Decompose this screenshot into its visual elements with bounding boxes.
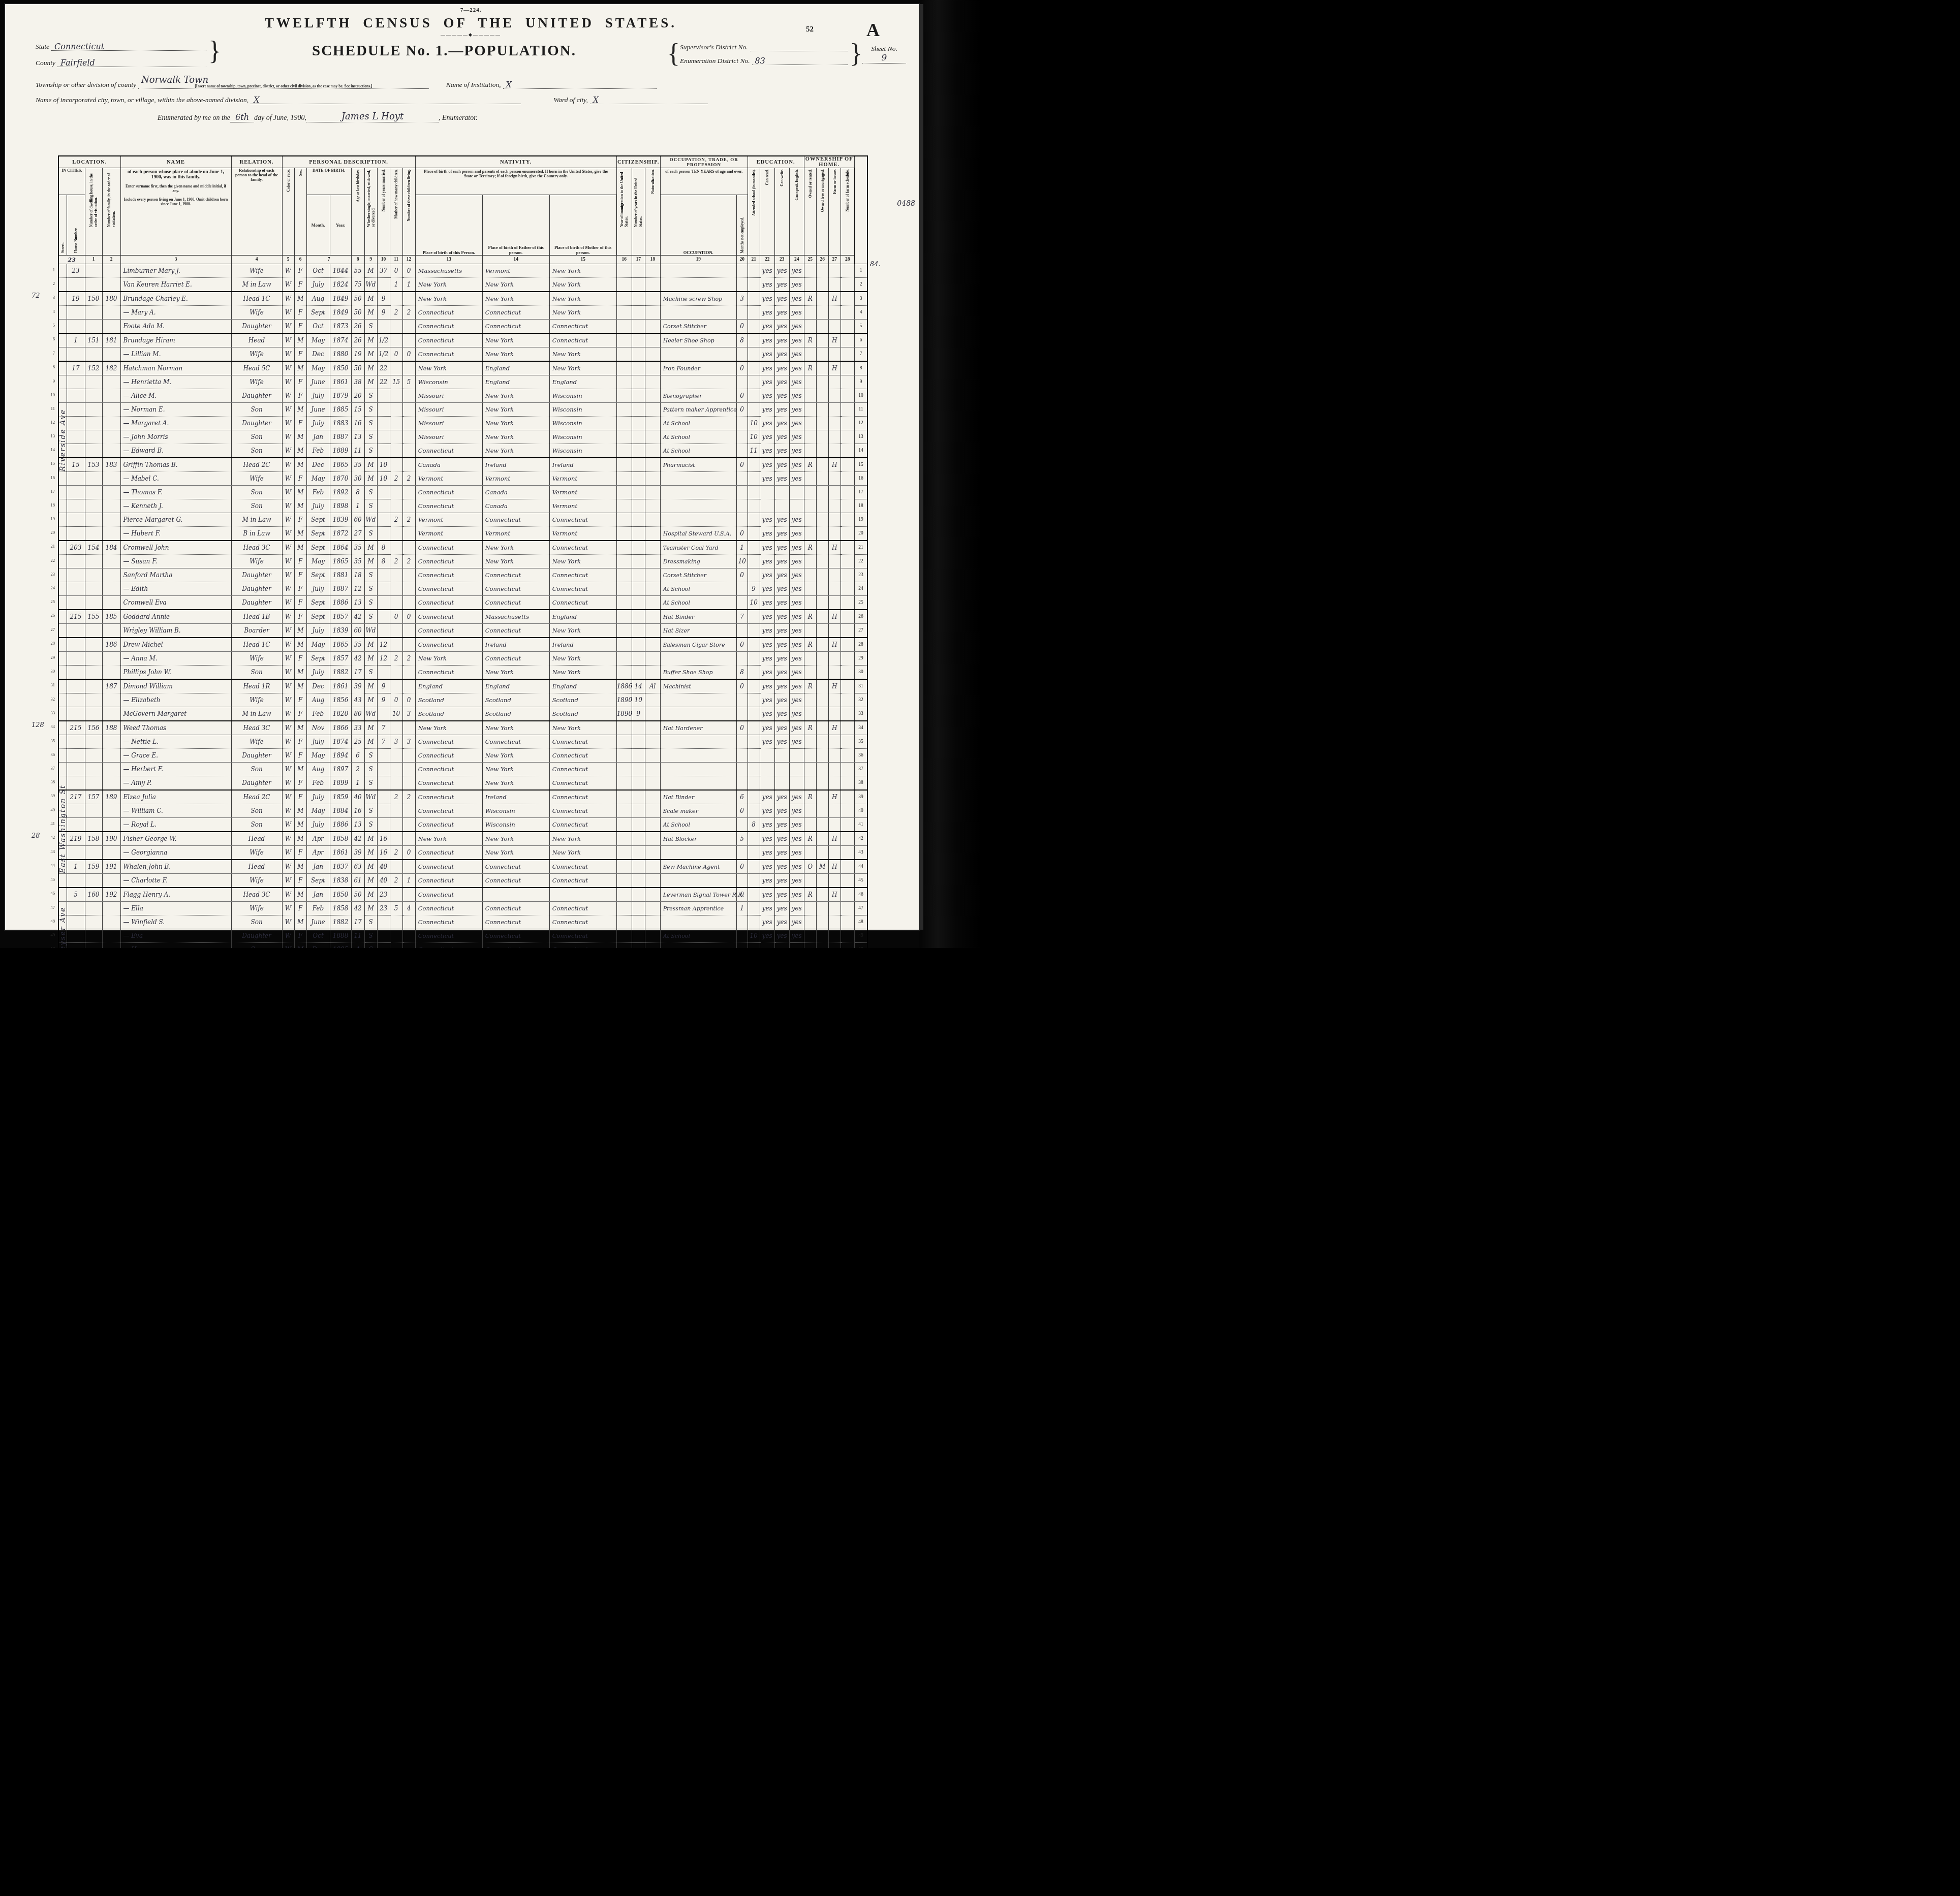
years-married: 9 bbox=[377, 679, 390, 693]
years-in-us bbox=[632, 735, 645, 749]
can-write: yes bbox=[774, 929, 789, 943]
farm-schedule bbox=[841, 832, 854, 846]
col-can-write: Can write. bbox=[774, 168, 789, 256]
left-margin-row-number: 9 bbox=[46, 378, 55, 384]
years-in-us bbox=[632, 458, 645, 472]
can-read: yes bbox=[760, 541, 774, 555]
row-number: 6 bbox=[854, 333, 867, 347]
birth-year: 1882 bbox=[330, 666, 351, 680]
owned-free-mortgaged bbox=[816, 541, 828, 555]
months-not-employed: 0 bbox=[736, 568, 748, 582]
occupation: Stenographer bbox=[660, 389, 736, 403]
family-number: 190 bbox=[102, 832, 120, 846]
row-number: 19 bbox=[854, 513, 867, 527]
months-not-employed bbox=[736, 417, 748, 430]
col-birthplace-father: Place of birth of Father of this person. bbox=[482, 195, 549, 256]
can-speak-english: yes bbox=[789, 832, 804, 846]
birth-month: July bbox=[306, 417, 330, 430]
mother-of-children bbox=[390, 527, 402, 541]
birthplace-person: Scotland bbox=[415, 693, 482, 707]
farm-schedule bbox=[841, 347, 854, 362]
years-married bbox=[377, 915, 390, 929]
left-margin-row-number: 37 bbox=[46, 766, 55, 771]
immigration-year bbox=[616, 763, 632, 776]
sex: F bbox=[294, 749, 306, 763]
birth-year: 1839 bbox=[330, 624, 351, 638]
house-number: 23 bbox=[67, 264, 85, 278]
left-margin-row-number: 45 bbox=[46, 877, 55, 882]
birth-year: 1899 bbox=[330, 776, 351, 791]
naturalization bbox=[645, 444, 660, 458]
street-cell bbox=[58, 568, 67, 582]
mother-of-children: 0 bbox=[390, 610, 402, 624]
years-in-us bbox=[632, 818, 645, 832]
birthplace-person: Connecticut bbox=[415, 347, 482, 362]
attended-school bbox=[748, 776, 760, 791]
years-in-us bbox=[632, 666, 645, 680]
column-number-22: 22 bbox=[760, 256, 774, 264]
sex: M bbox=[294, 624, 306, 638]
person-name: — Grace E. bbox=[120, 749, 231, 763]
row-number: 22 bbox=[854, 555, 867, 568]
farm-or-house bbox=[828, 375, 841, 389]
years-in-us: 14 bbox=[632, 679, 645, 693]
birthplace-mother: Connecticut bbox=[549, 804, 616, 818]
row-number: 29 bbox=[854, 652, 867, 666]
attended-school bbox=[748, 902, 760, 915]
column-number-13: 13 bbox=[415, 256, 482, 264]
can-speak-english: yes bbox=[789, 513, 804, 527]
years-in-us bbox=[632, 541, 645, 555]
farm-schedule bbox=[841, 735, 854, 749]
family-number bbox=[102, 389, 120, 403]
dwelling-number bbox=[85, 943, 102, 949]
birthplace-mother: England bbox=[549, 375, 616, 389]
relation: Daughter bbox=[231, 568, 282, 582]
family-number: 180 bbox=[102, 292, 120, 306]
farm-schedule bbox=[841, 417, 854, 430]
owned-rented bbox=[804, 915, 816, 929]
birth-year: 1864 bbox=[330, 541, 351, 555]
mother-of-children: 2 bbox=[390, 790, 402, 804]
mother-of-children bbox=[390, 361, 402, 375]
census-row: — Mabel C.WifeWFMay187030M1022VermontVer… bbox=[58, 472, 867, 486]
sex: M bbox=[294, 541, 306, 555]
census-table: LOCATION. NAME RELATION. PERSONAL DESCRI… bbox=[58, 155, 868, 948]
sex: F bbox=[294, 735, 306, 749]
census-row: 1151181Brundage HiramHeadWMMay187426M1/2… bbox=[58, 333, 867, 347]
years-in-us bbox=[632, 902, 645, 915]
children-living bbox=[402, 582, 415, 596]
mother-of-children bbox=[390, 541, 402, 555]
left-margin-row-number: 23 bbox=[46, 572, 55, 577]
city-line: Name of incorporated city, town, or vill… bbox=[36, 94, 906, 104]
census-row: — Lillian M.WifeWFDec188019M1/200Connect… bbox=[58, 347, 867, 362]
children-living bbox=[402, 541, 415, 555]
farm-or-house: H bbox=[828, 790, 841, 804]
mother-of-children bbox=[390, 333, 402, 347]
immigration-year bbox=[616, 403, 632, 417]
naturalization bbox=[645, 513, 660, 527]
children-living bbox=[402, 430, 415, 444]
can-speak-english: yes bbox=[789, 624, 804, 638]
farm-or-house bbox=[828, 652, 841, 666]
can-read: yes bbox=[760, 721, 774, 735]
can-write: yes bbox=[774, 888, 789, 902]
mother-of-children bbox=[390, 499, 402, 513]
family-number bbox=[102, 874, 120, 888]
naturalization bbox=[645, 568, 660, 582]
age: 15 bbox=[351, 403, 364, 417]
color-race: W bbox=[282, 776, 294, 791]
years-married bbox=[377, 596, 390, 610]
years-in-us bbox=[632, 582, 645, 596]
can-speak-english: yes bbox=[789, 596, 804, 610]
attended-school bbox=[748, 278, 760, 292]
years-in-us bbox=[632, 790, 645, 804]
birthplace-mother: New York bbox=[549, 721, 616, 735]
family-number: 182 bbox=[102, 361, 120, 375]
birthplace-father: New York bbox=[482, 333, 549, 347]
color-race: W bbox=[282, 721, 294, 735]
sex: F bbox=[294, 582, 306, 596]
birthplace-person: Missouri bbox=[415, 417, 482, 430]
farm-schedule bbox=[841, 929, 854, 943]
children-living bbox=[402, 860, 415, 874]
person-name: Foote Ada M. bbox=[120, 320, 231, 334]
color-race: W bbox=[282, 347, 294, 362]
birthplace-person: Connecticut bbox=[415, 929, 482, 943]
left-margin-row-number: 11 bbox=[46, 406, 55, 411]
can-read: yes bbox=[760, 596, 774, 610]
person-name: — Ella bbox=[120, 902, 231, 915]
column-number-6: 6 bbox=[294, 256, 306, 264]
family-number bbox=[102, 846, 120, 860]
children-living: 3 bbox=[402, 735, 415, 749]
birthplace-person: New York bbox=[415, 721, 482, 735]
birth-month: May bbox=[306, 361, 330, 375]
attended-school bbox=[748, 624, 760, 638]
mother-of-children bbox=[390, 458, 402, 472]
occupation bbox=[660, 486, 736, 499]
owned-rented bbox=[804, 499, 816, 513]
sex: M bbox=[294, 804, 306, 818]
owned-rented: O bbox=[804, 860, 816, 874]
children-living bbox=[402, 333, 415, 347]
birthplace-mother: Wisconsin bbox=[549, 403, 616, 417]
birthplace-person: Missouri bbox=[415, 389, 482, 403]
can-write bbox=[774, 776, 789, 791]
state-county-block: State Connecticut County Fairfield bbox=[36, 40, 208, 67]
relation: Daughter bbox=[231, 389, 282, 403]
mother-of-children: 0 bbox=[390, 264, 402, 278]
immigration-year bbox=[616, 555, 632, 568]
column-number-10: 10 bbox=[377, 256, 390, 264]
birth-month: Jan bbox=[306, 888, 330, 902]
birth-month: Nov bbox=[306, 721, 330, 735]
city-label: Name of incorporated city, town, or vill… bbox=[36, 96, 248, 104]
birth-year: 1859 bbox=[330, 790, 351, 804]
person-name: — Norman E. bbox=[120, 403, 231, 417]
age: 35 bbox=[351, 638, 364, 652]
farm-or-house bbox=[828, 763, 841, 776]
owned-rented: R bbox=[804, 790, 816, 804]
house-number: 1 bbox=[67, 333, 85, 347]
left-margin-row-number: 17 bbox=[46, 489, 55, 494]
row-number: 32 bbox=[854, 693, 867, 707]
institution-value: X bbox=[506, 80, 512, 89]
birth-month: Apr bbox=[306, 832, 330, 846]
attended-school bbox=[748, 347, 760, 362]
relation: Daughter bbox=[231, 749, 282, 763]
farm-or-house: H bbox=[828, 458, 841, 472]
birth-month: May bbox=[306, 804, 330, 818]
years-in-us bbox=[632, 888, 645, 902]
can-speak-english: yes bbox=[789, 320, 804, 334]
relation: Head 1R bbox=[231, 679, 282, 693]
house-number: 19 bbox=[67, 292, 85, 306]
row-number: 1 bbox=[854, 264, 867, 278]
birthplace-mother: Connecticut bbox=[549, 902, 616, 915]
owned-rented: R bbox=[804, 292, 816, 306]
farm-schedule bbox=[841, 375, 854, 389]
birthplace-mother: Scotland bbox=[549, 707, 616, 721]
years-married: 37 bbox=[377, 264, 390, 278]
color-race: W bbox=[282, 582, 294, 596]
naturalization bbox=[645, 804, 660, 818]
can-read bbox=[760, 943, 774, 949]
birthplace-father: England bbox=[482, 679, 549, 693]
census-row: Wrigley William B.BoarderWMJuly183960WdC… bbox=[58, 624, 867, 638]
house-number bbox=[67, 652, 85, 666]
birthplace-father: New York bbox=[482, 763, 549, 776]
can-speak-english: yes bbox=[789, 874, 804, 888]
years-in-us bbox=[632, 499, 645, 513]
farm-schedule bbox=[841, 804, 854, 818]
family-number: 181 bbox=[102, 333, 120, 347]
person-name: Van Keuren Harriet E. bbox=[120, 278, 231, 292]
dwelling-number bbox=[85, 624, 102, 638]
birth-month: Oct bbox=[306, 264, 330, 278]
row-number: 31 bbox=[854, 679, 867, 693]
sex: M bbox=[294, 763, 306, 776]
months-not-employed bbox=[736, 582, 748, 596]
birthplace-mother: Ireland bbox=[549, 638, 616, 652]
census-row: — Susan F.WifeWFMay186535M822Connecticut… bbox=[58, 555, 867, 568]
birthplace-father: Connecticut bbox=[482, 513, 549, 527]
left-margin-row-number: 25 bbox=[46, 599, 55, 604]
naturalization bbox=[645, 582, 660, 596]
dwelling-number: 151 bbox=[85, 333, 102, 347]
months-not-employed: 8 bbox=[736, 333, 748, 347]
mother-of-children bbox=[390, 804, 402, 818]
relation: Head 3C bbox=[231, 541, 282, 555]
left-margin-row-number: 30 bbox=[46, 669, 55, 674]
family-number bbox=[102, 403, 120, 417]
years-married: 16 bbox=[377, 846, 390, 860]
farm-or-house bbox=[828, 693, 841, 707]
immigration-year bbox=[616, 776, 632, 791]
birth-month: Dec bbox=[306, 679, 330, 693]
marital-status: M bbox=[364, 264, 377, 278]
family-number bbox=[102, 735, 120, 749]
birthplace-mother: Connecticut bbox=[549, 320, 616, 334]
birth-month: June bbox=[306, 915, 330, 929]
form-number: 7—224. bbox=[36, 7, 906, 13]
census-row: 19150180Brundage Charley E.Head 1CWMAug1… bbox=[58, 292, 867, 306]
years-in-us bbox=[632, 306, 645, 320]
naturalization bbox=[645, 347, 660, 362]
relation: Head 5C bbox=[231, 361, 282, 375]
birthplace-father: New York bbox=[482, 541, 549, 555]
attended-school bbox=[748, 403, 760, 417]
birthplace-person: New York bbox=[415, 652, 482, 666]
birth-year: 1838 bbox=[330, 874, 351, 888]
occupation: Buffer Shoe Shop bbox=[660, 666, 736, 680]
age: 17 bbox=[351, 666, 364, 680]
census-row: Phillips John W.SonWMJuly188217SConnecti… bbox=[58, 666, 867, 680]
children-living bbox=[402, 527, 415, 541]
left-margin-row-number: 31 bbox=[46, 682, 55, 687]
years-married bbox=[377, 582, 390, 596]
can-write: yes bbox=[774, 679, 789, 693]
age: 11 bbox=[351, 929, 364, 943]
years-married bbox=[377, 749, 390, 763]
person-name: — Charlotte F. bbox=[120, 874, 231, 888]
sex: F bbox=[294, 306, 306, 320]
owned-free-mortgaged bbox=[816, 555, 828, 568]
naturalization bbox=[645, 596, 660, 610]
owned-free-mortgaged bbox=[816, 721, 828, 735]
can-read: yes bbox=[760, 707, 774, 721]
color-race: W bbox=[282, 929, 294, 943]
years-in-us bbox=[632, 860, 645, 874]
birthplace-person: Connecticut bbox=[415, 499, 482, 513]
census-row: 15153183Griffin Thomas B.Head 2CWMDec186… bbox=[58, 458, 867, 472]
row-number: 14 bbox=[854, 444, 867, 458]
naturalization bbox=[645, 389, 660, 403]
sex: M bbox=[294, 818, 306, 832]
census-row: 215155185Goddard AnnieHead 1BWFSept18574… bbox=[58, 610, 867, 624]
naturalization bbox=[645, 361, 660, 375]
relation: Wife bbox=[231, 555, 282, 568]
can-write: yes bbox=[774, 610, 789, 624]
dwelling-number bbox=[85, 555, 102, 568]
owned-rented bbox=[804, 417, 816, 430]
birthplace-father: Connecticut bbox=[482, 735, 549, 749]
owned-free-mortgaged bbox=[816, 832, 828, 846]
birthplace-father: Wisconsin bbox=[482, 818, 549, 832]
left-margin-row-number: 10 bbox=[46, 392, 55, 397]
left-margin-row-number: 19 bbox=[46, 516, 55, 521]
attended-school bbox=[748, 541, 760, 555]
mother-of-children bbox=[390, 763, 402, 776]
birth-month: Sept bbox=[306, 596, 330, 610]
birthplace-father: Connecticut bbox=[482, 915, 549, 929]
relation: Wife bbox=[231, 375, 282, 389]
color-race: W bbox=[282, 568, 294, 582]
dwelling-number bbox=[85, 486, 102, 499]
dwelling-number: 158 bbox=[85, 832, 102, 846]
farm-schedule bbox=[841, 902, 854, 915]
age: 50 bbox=[351, 292, 364, 306]
column-number-19: 19 bbox=[660, 256, 736, 264]
dwelling-number bbox=[85, 902, 102, 915]
row-number: 47 bbox=[854, 902, 867, 915]
row-number: 28 bbox=[854, 638, 867, 652]
birthplace-father: Vermont bbox=[482, 264, 549, 278]
farm-schedule bbox=[841, 389, 854, 403]
farm-or-house bbox=[828, 666, 841, 680]
age: 19 bbox=[351, 347, 364, 362]
occupation: Hat Binder bbox=[660, 610, 736, 624]
street-cell bbox=[58, 874, 67, 888]
census-row: — Kenneth J.SonWMJuly18981SConnecticutCa… bbox=[58, 499, 867, 513]
person-name: — Eva bbox=[120, 929, 231, 943]
left-margin-row-number: 5 bbox=[46, 323, 55, 328]
farm-or-house bbox=[828, 818, 841, 832]
owned-free-mortgaged bbox=[816, 790, 828, 804]
sex: M bbox=[294, 430, 306, 444]
birth-year: 1858 bbox=[330, 902, 351, 915]
person-name: — Amy P. bbox=[120, 776, 231, 791]
immigration-year bbox=[616, 278, 632, 292]
attended-school bbox=[748, 638, 760, 652]
owned-free-mortgaged bbox=[816, 375, 828, 389]
mother-of-children: 2 bbox=[390, 513, 402, 527]
relation: Head 1C bbox=[231, 638, 282, 652]
birthplace-mother: Connecticut bbox=[549, 818, 616, 832]
house-number bbox=[67, 513, 85, 527]
mother-of-children bbox=[390, 832, 402, 846]
sex: F bbox=[294, 568, 306, 582]
birth-year: 1865 bbox=[330, 638, 351, 652]
naturalization bbox=[645, 874, 660, 888]
attended-school bbox=[748, 375, 760, 389]
birthplace-father: New York bbox=[482, 403, 549, 417]
left-margin-annotation: 72 bbox=[32, 292, 40, 300]
relation: Daughter bbox=[231, 582, 282, 596]
years-married: 40 bbox=[377, 874, 390, 888]
owned-rented bbox=[804, 874, 816, 888]
children-living bbox=[402, 361, 415, 375]
can-write: yes bbox=[774, 513, 789, 527]
months-not-employed bbox=[736, 763, 748, 776]
owned-free-mortgaged bbox=[816, 846, 828, 860]
birthplace-person: Connecticut bbox=[415, 320, 482, 334]
can-write: yes bbox=[774, 790, 789, 804]
left-margin-row-number: 16 bbox=[46, 475, 55, 480]
row-number: 40 bbox=[854, 804, 867, 818]
enumerator-signature: James L Hoyt bbox=[306, 111, 439, 122]
age: 18 bbox=[351, 568, 364, 582]
can-write: yes bbox=[774, 624, 789, 638]
person-name: Wrigley William B. bbox=[120, 624, 231, 638]
years-married bbox=[377, 790, 390, 804]
attended-school bbox=[748, 513, 760, 527]
age: 39 bbox=[351, 679, 364, 693]
marital-status: S bbox=[364, 582, 377, 596]
can-speak-english bbox=[789, 943, 804, 949]
column-number-11: 11 bbox=[390, 256, 402, 264]
left-margin-annotation: 28 bbox=[32, 832, 40, 840]
can-speak-english: yes bbox=[789, 804, 804, 818]
age: 33 bbox=[351, 721, 364, 735]
birthplace-mother: Connecticut bbox=[549, 596, 616, 610]
naturalization bbox=[645, 403, 660, 417]
house-number bbox=[67, 846, 85, 860]
birth-month: May bbox=[306, 472, 330, 486]
